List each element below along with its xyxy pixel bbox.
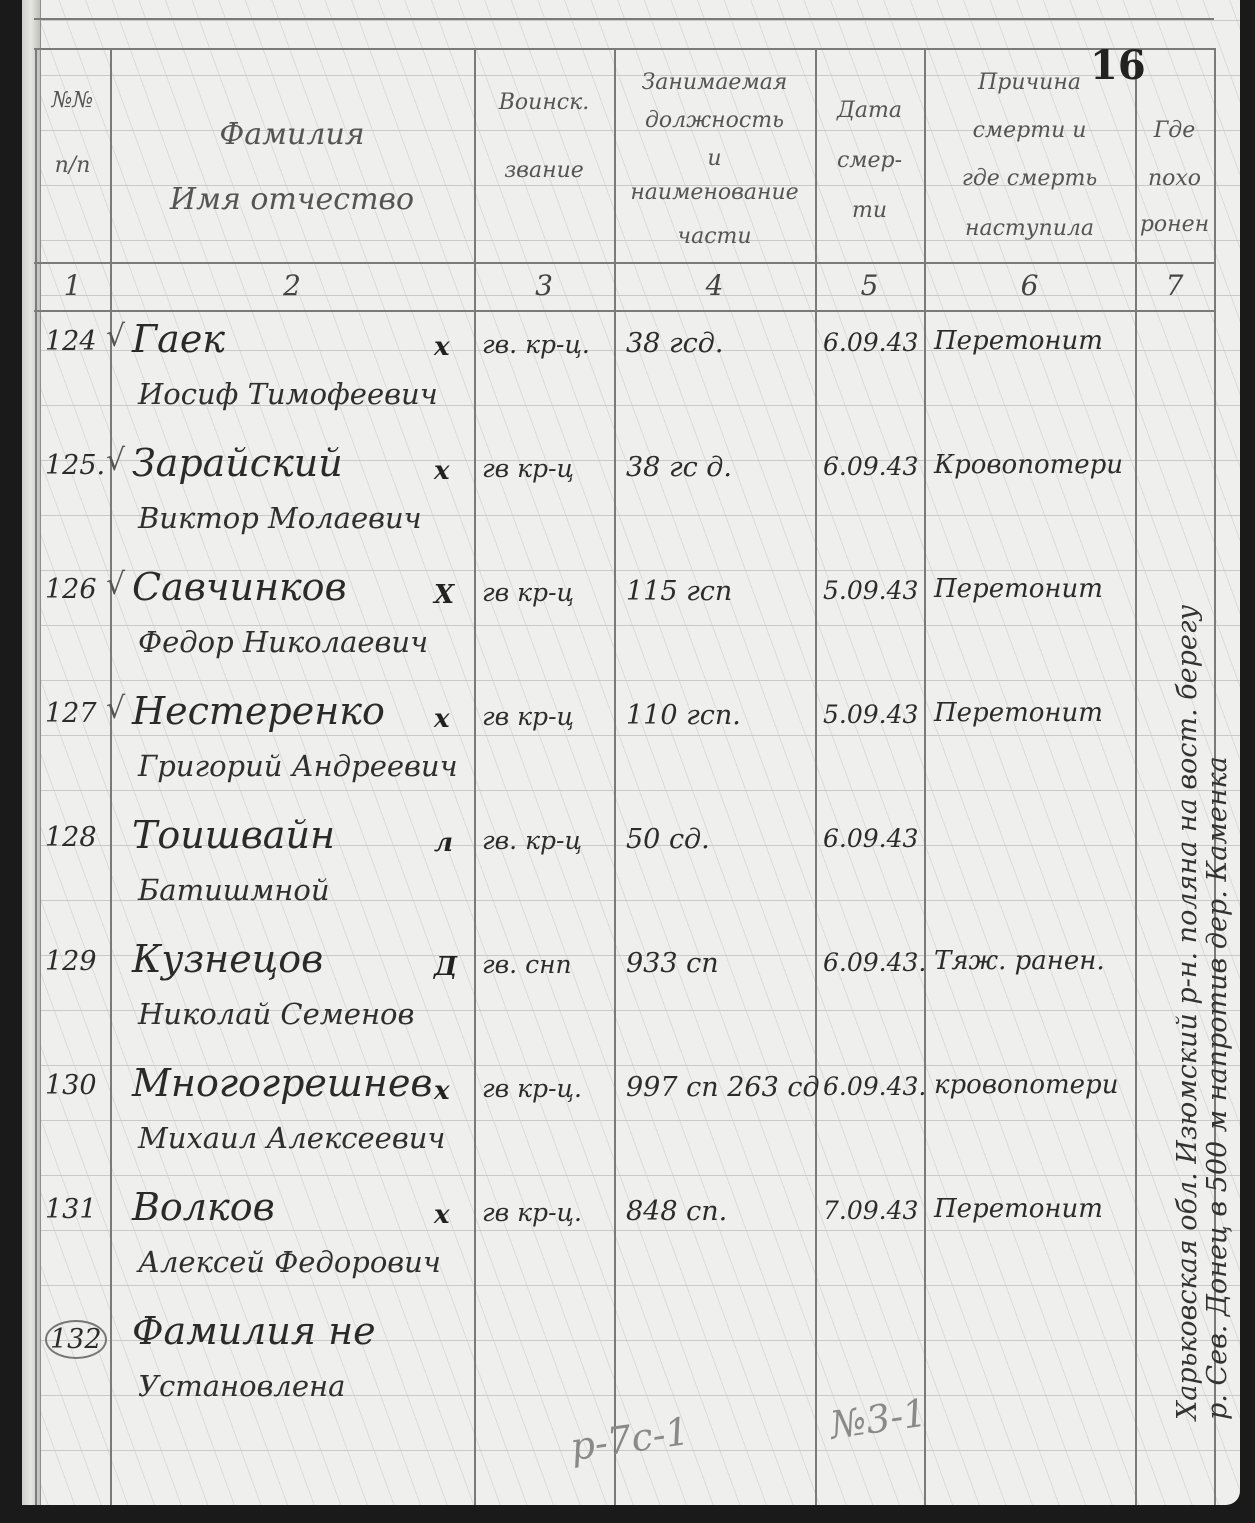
header-label: Воинск. [474, 92, 614, 114]
burial-place-line-2: р. Сев. Донец в 500 м напротив дер. Каме… [1202, 756, 1233, 1420]
date-of-death: 5.09.43 [823, 702, 918, 727]
given-name-patronymic: Григорий Андреевич [138, 752, 458, 781]
header-label: Фамилия [110, 120, 474, 150]
cause-of-death: Тяж. ранен. [934, 948, 1105, 974]
header-label: п/п [35, 155, 110, 177]
date-of-death: 6.09.43. [823, 950, 926, 975]
date-of-death: 6.09.43. [823, 1074, 926, 1099]
cross-mark-icon: х [434, 334, 450, 360]
unit: 115 гсп [626, 578, 732, 605]
register-page: 16 №№п/пФамилияИмя отчествоВоинск.звание… [22, 0, 1240, 1505]
given-name-patronymic: Алексей Федорович [138, 1248, 441, 1277]
record-number: 125. [45, 452, 105, 479]
column-divider [1135, 48, 1137, 1505]
cross-mark-icon: х [434, 706, 450, 732]
unit: 997 сп 263 сд [626, 1074, 820, 1101]
pencil-note-2: №3-1 [828, 1393, 929, 1444]
military-rank: гв. кр-ц [482, 828, 582, 853]
date-of-death: 5.09.43 [823, 578, 918, 603]
header-label: ти [815, 200, 924, 222]
header-label: части [614, 226, 815, 248]
column-divider [815, 48, 817, 1505]
given-name-patronymic: Николай Семенов [138, 1000, 414, 1029]
column-number: 5 [815, 272, 924, 300]
checkmark-icon: √ [106, 322, 125, 352]
top-border [34, 18, 1214, 20]
surname: Нестеренко [132, 692, 385, 730]
checkmark-icon: √ [106, 570, 125, 600]
cross-mark-icon: Х [434, 582, 454, 608]
record-number: 128 [45, 824, 97, 851]
unit: 38 гс д. [626, 454, 732, 481]
cause-of-death: Перетонит [934, 1196, 1103, 1222]
column-number: 1 [35, 272, 110, 300]
military-rank: гв кр-ц [482, 580, 574, 605]
column-divider [474, 48, 476, 1505]
surname: Гаек [132, 320, 225, 358]
record-number: 132 [45, 1320, 107, 1359]
cause-of-death: Перетонит [934, 700, 1103, 726]
header-label: ронен [1135, 214, 1214, 236]
record-number: 126 [45, 576, 97, 603]
military-rank: гв. кр-ц. [482, 332, 590, 357]
column-divider [924, 48, 926, 1505]
surname: Фамилия не [132, 1312, 376, 1350]
surname: Кузнецов [132, 940, 323, 978]
column-divider [110, 48, 112, 1505]
notebook-binding [22, 0, 41, 1505]
given-name-patronymic: Батишмной [138, 876, 330, 905]
military-rank: гв кр-ц. [482, 1076, 582, 1101]
cause-of-death: кровопотери [934, 1072, 1118, 1098]
military-rank: гв кр-ц [482, 704, 574, 729]
header-label: и [614, 148, 815, 170]
cause-of-death: Перетонит [934, 328, 1103, 354]
unit: 50 сд. [626, 826, 710, 853]
pencil-note-1: р-7с-1 [568, 1412, 692, 1466]
checkmark-icon: √ [106, 694, 125, 724]
military-rank: гв кр-ц. [482, 1200, 582, 1225]
given-name-patronymic: Виктор Молаевич [138, 504, 422, 533]
column-number: 4 [614, 272, 815, 300]
header-label: звание [474, 160, 614, 182]
unit: 38 гсд. [626, 330, 723, 357]
surname: Тоишвайн [132, 816, 335, 854]
given-name-patronymic: Федор Николаевич [138, 628, 428, 657]
checkmark-icon: √ [106, 446, 125, 476]
surname: Зарайский [132, 444, 343, 482]
header-label: Причина [924, 72, 1135, 94]
record-number: 127 [45, 700, 97, 727]
given-name-patronymic: Иосиф Тимофеевич [138, 380, 438, 409]
header-label: смер- [815, 150, 924, 172]
column-divider [614, 48, 616, 1505]
header-label: смерти и [924, 120, 1135, 142]
given-name-patronymic: Установлена [138, 1372, 345, 1401]
unit: 110 гсп. [626, 702, 741, 729]
cross-mark-icon: х [434, 458, 450, 484]
date-of-death: 6.09.43 [823, 454, 918, 479]
header-top-rule [34, 48, 1214, 50]
military-rank: гв. снп [482, 952, 572, 977]
header-label: где смерть [924, 168, 1135, 190]
header-label: Где [1135, 120, 1214, 142]
column-divider [35, 48, 37, 1505]
header-label: Дата [815, 100, 924, 122]
header-label: наступила [924, 218, 1135, 240]
date-of-death: 7.09.43 [823, 1198, 918, 1223]
date-of-death: 6.09.43 [823, 330, 918, 355]
military-rank: гв кр-ц [482, 456, 574, 481]
column-number: 7 [1135, 272, 1214, 300]
record-number: 131 [45, 1196, 97, 1223]
surname: Савчинков [132, 568, 347, 606]
date-of-death: 6.09.43 [823, 826, 918, 851]
cross-mark-icon: х [434, 1078, 450, 1104]
header-label: должность [614, 110, 815, 132]
unit: 848 сп. [626, 1198, 727, 1225]
header-label: Имя отчество [110, 185, 474, 215]
header-bottom-rule [34, 262, 1214, 264]
column-number: 3 [474, 272, 614, 300]
header-label: №№ [35, 90, 110, 112]
cross-mark-icon: х [434, 1202, 450, 1228]
burial-place-line-1: Харьковская обл. Изюмский р-н. поляна на… [1172, 605, 1203, 1420]
column-number: 6 [924, 272, 1135, 300]
column-number-rule [34, 310, 1214, 312]
cause-of-death: Кровопотери [934, 452, 1123, 478]
header-label: наименование [614, 182, 815, 204]
record-number: 129 [45, 948, 97, 975]
given-name-patronymic: Михаил Алексеевич [138, 1124, 445, 1153]
unit: 933 сп [626, 950, 719, 977]
cause-of-death: Перетонит [934, 576, 1103, 602]
record-number: 130 [45, 1072, 97, 1099]
column-number: 2 [110, 272, 474, 300]
cross-mark-icon: Д [434, 954, 457, 980]
record-number: 124 [45, 328, 97, 355]
header-label: Занимаемая [614, 72, 815, 94]
surname: Волков [132, 1188, 275, 1226]
cross-mark-icon: л [434, 830, 453, 856]
header-label: похо [1135, 168, 1214, 190]
surname: Многогрешнев [132, 1064, 433, 1102]
